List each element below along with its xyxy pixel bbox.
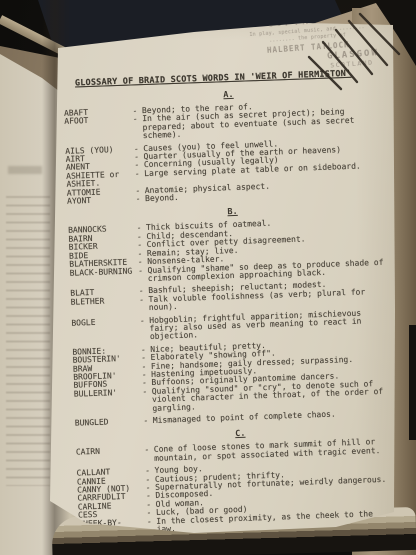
entry-term: CAIRN [76, 447, 141, 466]
entry-definition: Hobgoblin; frightful apparition; mischie… [149, 308, 390, 342]
entry-dash: - [132, 225, 146, 234]
entry-dash: - [133, 267, 148, 284]
entry-dash: - [133, 258, 147, 267]
entry-dash: - [128, 107, 142, 116]
entry-definition: Supernaturally not fortunate; weirdly da… [155, 476, 395, 493]
entry-dash: - [141, 492, 155, 501]
entry-term: BUNGLED [75, 417, 139, 428]
entry-dash: - [129, 145, 143, 154]
glossary-page: COPYRIGHT In play, special music, and ..… [44, 10, 396, 555]
section-heading: A. [63, 84, 393, 106]
entry-definition: Cone of loose stones to mark summit of h… [154, 438, 394, 463]
glossary-entry: AIRT-Quarter (usually of the earth or he… [66, 144, 416, 165]
section-heading: C. [75, 424, 405, 446]
entry-term: BOGLE [71, 317, 136, 344]
entry-term: BROOFLIN' [73, 371, 137, 382]
glossary-entry: BOUSTERIN'-Elaborately "showing off". [73, 345, 416, 366]
entry-term: BIDE [69, 250, 133, 261]
entry-definition: Elaborately "showing off". [150, 346, 390, 363]
glossary-entry: AILS (YOU)-Causes (you) to feel unwell. [65, 135, 416, 156]
entry-definition: Anatomie; physical aspect. [145, 178, 385, 195]
glossary-entry: BOGLE-Hobgoblin; frightful apparition; m… [71, 307, 416, 344]
entry-term: AFOOT [64, 116, 129, 143]
entry-dash: - [141, 476, 155, 485]
background-sliver [409, 325, 416, 440]
entry-term: ATTOMIE [67, 187, 131, 198]
entry-term: BULLERIN' [74, 388, 139, 415]
glossary-entry: ANENT-Concerning (usually legally) [66, 152, 416, 173]
entry-dash: - [130, 170, 145, 187]
entry-definition: Talk voluble foolishness (as verb; plura… [148, 287, 388, 312]
entry-definition: Young boy. [154, 459, 394, 476]
entry-term: BANNOCKS [68, 225, 132, 236]
entry-definition: Qualifying "sound" or "cry", to denote s… [152, 379, 393, 413]
entry-term: ASHIETTE or ASHIET. [66, 170, 131, 189]
glossary-entry: BLACK-BURNING-Qualifying "shame" so deep… [69, 257, 416, 286]
typed-sheet: GLOSSARY OF BRAID SCOTS WORDS IN 'WEIR O… [43, 9, 416, 538]
entry-term: ANENT [66, 162, 130, 173]
glossary-entry: AFOOT-In the air (such as secret project… [64, 106, 416, 143]
glossary-entry: BULLERIN'-Qualifying "sound" or "cry", t… [74, 378, 416, 415]
entry-definition: Discomposed. [155, 484, 395, 501]
entry-definition: Thick biscuits of oatmeal. [146, 216, 386, 233]
entry-term: CANNY (NOT) [77, 484, 141, 495]
glossary-entry: BIDE-Remain; stay; live. [69, 240, 416, 261]
glossary-entry: BRAW-Fine; handsome; gaily dressed; surp… [73, 353, 416, 374]
entry-definition: Fine; handsome; gaily dressed; surpassin… [151, 354, 391, 371]
glossary-section: A.ABAFT-Beyond; to the rear of.AFOOT-In … [63, 84, 416, 207]
glossary-entry: BAIRN-Child; descendant. [68, 223, 416, 244]
glossary-entry: CALLANT-Young boy. [76, 458, 416, 479]
entry-term: BOUSTERIN' [73, 355, 137, 366]
showthrough-text [8, 166, 42, 174]
glossary-entry: CARRFUDLIT-Discomposed. [77, 483, 416, 504]
glossary-entry: BUNGLED-Mismanaged to point of complete … [75, 407, 416, 428]
entry-term: ABAFT [64, 108, 128, 119]
entry-definition: Conflict over petty disagreement. [147, 233, 387, 250]
glossary-entry: ASHIETTE or ASHIET.-Large serving plate … [66, 160, 416, 189]
entry-term: BONNIE: [72, 346, 136, 357]
entry-definition: Child; descendant. [146, 225, 386, 242]
entry-definition: Mismanaged to point of complete chaos. [153, 409, 393, 426]
glossary-entry: BICKER-Conflict over petty disagreement. [69, 232, 416, 253]
entry-definition: Causes (you) to feel unwell. [143, 136, 383, 153]
entry-dash: - [136, 346, 150, 355]
glossary-entry: CAIRN-Cone of loose stones to mark summi… [76, 437, 416, 466]
entry-dash: - [129, 153, 143, 162]
entry-dash: - [141, 484, 155, 493]
entry-term: CESS [78, 510, 142, 521]
entry-term: AYONT [67, 196, 131, 207]
entry-term: CARRFUDLIT [77, 493, 141, 504]
glossary-entry: ATTOMIE-Anatomie; physical aspect. [67, 177, 416, 198]
glossary-entry: CANNY (NOT)-Supernaturally not fortunate… [77, 474, 416, 495]
entry-dash: - [134, 296, 149, 313]
glossary-entry: BLAIT-Bashful; sheepish; reluctant; mode… [70, 278, 416, 299]
entry-dash: - [133, 241, 147, 250]
entry-definition: Quarter (usually of the earth or heavens… [143, 145, 383, 162]
glossary-entry: BLETHER-Talk voluble foolishness (as ver… [70, 286, 416, 315]
entry-dash: - [131, 187, 145, 196]
entry-dash: - [131, 195, 145, 204]
entry-term: CANNIE [77, 476, 141, 487]
glossary-entry: CESS-Luck, (bad or good) [78, 500, 416, 521]
glossary-entry: BROOFLIN'-Hastening impetuously. [73, 361, 416, 382]
entry-term: CALLANT [76, 468, 140, 479]
glossary-section: B.BANNOCKS-Thick biscuits of oatmeal.BAI… [68, 201, 416, 428]
entry-term: BAIRN [68, 233, 132, 244]
entry-dash: - [135, 317, 150, 343]
entry-term: BLACK-BURNING [69, 267, 134, 286]
entry-definition: Cautious; prudent; thrifty. [155, 467, 395, 484]
glossary-entry: CARLINE-Old woman. [78, 491, 416, 512]
entry-dash: - [132, 233, 146, 242]
entry-term: BLATHERSKITE [69, 259, 133, 270]
entry-term: AIRT [66, 154, 130, 165]
book-photo: COPYRIGHT In play, special music, and ..… [0, 0, 416, 555]
entry-definition: Nonsense-talker. [147, 250, 387, 267]
entry-definition: Beyond; to the rear of. [142, 99, 382, 116]
entry-term: BICKER [69, 242, 133, 253]
entry-definition: Remain; stay; live. [147, 241, 387, 258]
entry-definition: Old woman. [156, 492, 396, 509]
entry-definition: Hastening impetuously. [151, 363, 391, 380]
entry-term: BRAW [73, 363, 137, 374]
glossary-entry: BUFFONS-Buffoons; originally pantomime d… [73, 370, 416, 391]
entry-term: AILS (YOU) [65, 145, 129, 156]
entry-term: BLAIT [70, 288, 134, 299]
entry-dash: - [142, 501, 156, 510]
glossary-entry: BANNOCKS-Thick biscuits of oatmeal. [68, 215, 416, 236]
entry-dash: - [137, 371, 151, 380]
glossary-entry: BLATHERSKITE-Nonsense-talker. [69, 249, 416, 270]
entry-definition: Concerning (usually legally) [144, 153, 384, 170]
entry-dash: - [137, 363, 151, 372]
entry-definition: Nice; beautiful; pretty. [150, 337, 390, 354]
entry-dash: - [138, 388, 153, 414]
section-heading: B. [68, 202, 398, 224]
glossary-entry: ABAFT-Beyond; to the rear of. [64, 98, 416, 119]
entry-definition: Large serving plate at table or on sideb… [144, 162, 384, 187]
entry-dash: - [140, 446, 155, 463]
entry-dash: - [130, 162, 144, 171]
entry-dash: - [139, 417, 153, 426]
entry-term: CARLINE [78, 501, 142, 512]
entry-dash: - [137, 379, 151, 388]
glossary-entry: AYONT-Beyond. [67, 186, 416, 207]
entry-term: BLETHER [70, 296, 135, 315]
entry-term: BUFFONS [73, 380, 137, 391]
entry-dash: - [142, 509, 156, 518]
entry-definition: Qualifying "shame" so deep as to produce… [147, 258, 387, 283]
entry-definition: Bashful; sheepish; reluctant; modest. [148, 279, 388, 296]
entry-definition: Beyond. [145, 187, 385, 204]
entry-definition: Buffoons; originally pantomime dancers. [151, 371, 391, 388]
glossary-entry: CANNIE-Cautious; prudent; thrifty. [77, 466, 416, 487]
entry-dash: - [128, 116, 143, 142]
entry-dash: - [134, 287, 148, 296]
entry-dash: - [136, 354, 150, 363]
entry-definition: Luck, (bad or good) [156, 501, 396, 518]
glossary-entry: BONNIE:-Nice; beautiful; pretty. [72, 336, 416, 357]
entry-dash: - [140, 467, 154, 476]
entry-definition: In the air (such as secret project); bei… [142, 107, 383, 141]
glossary-sections: A.ABAFT-Beyond; to the rear of.AFOOT-In … [63, 84, 416, 537]
entry-dash: - [133, 250, 147, 259]
